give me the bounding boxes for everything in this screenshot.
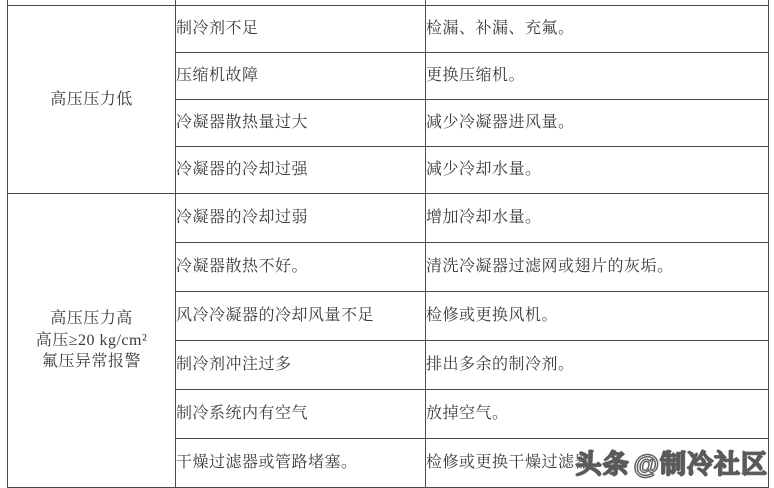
- solution-cell: 更换压缩机。: [426, 53, 769, 100]
- cause-cell: 冷凝器散热量过大: [176, 100, 426, 147]
- fault-cell-high-pressure-high: 高压压力高 高压≥20 kg/cm² 氟压异常报警: [8, 194, 176, 488]
- table-row: 高压压力高 高压≥20 kg/cm² 氟压异常报警 冷凝器的冷却过弱 增加冷却水…: [8, 194, 769, 243]
- fault-line: 高压压力低: [8, 89, 175, 111]
- cause-cell: 制冷系统内有空气: [176, 390, 426, 439]
- toutiao-watermark: 头条@制冷社区: [576, 444, 768, 481]
- fault-troubleshooting-table: 高压压力低 制冷剂不足 检漏、补漏、充氟。 压缩机故障 更换压缩机。 冷凝器散热…: [7, 0, 769, 488]
- solution-cell: 排出多余的制冷剂。: [426, 341, 769, 390]
- cause-cell: 干燥过滤器或管路堵塞。: [176, 439, 426, 488]
- cause-cell: 风冷冷凝器的冷却风量不足: [176, 292, 426, 341]
- watermark-handle: @制冷社区: [634, 449, 768, 479]
- watermark-brand: 头条: [576, 449, 630, 479]
- fault-line: 氟压异常报警: [8, 351, 175, 373]
- cause-cell: 压缩机故障: [176, 53, 426, 100]
- fault-line: 高压压力高: [8, 308, 175, 330]
- solution-cell: 检修或更换风机。: [426, 292, 769, 341]
- solution-cell: 减少冷却水量。: [426, 147, 769, 194]
- table-row: 高压压力低 制冷剂不足 检漏、补漏、充氟。: [8, 6, 769, 53]
- cause-cell: 冷凝器散热不好。: [176, 243, 426, 292]
- solution-cell: 检漏、补漏、充氟。: [426, 6, 769, 53]
- cause-cell: 冷凝器的冷却过弱: [176, 194, 426, 243]
- fault-line: 高压≥20 kg/cm²: [8, 330, 175, 352]
- cause-cell: 制冷剂冲注过多: [176, 341, 426, 390]
- page: 高压压力低 制冷剂不足 检漏、补漏、充氟。 压缩机故障 更换压缩机。 冷凝器散热…: [0, 0, 774, 488]
- cause-cell: 冷凝器的冷却过强: [176, 147, 426, 194]
- solution-cell: 增加冷却水量。: [426, 194, 769, 243]
- solution-cell: 清洗冷凝器过滤网或翅片的灰垢。: [426, 243, 769, 292]
- solution-cell: 减少冷凝器进风量。: [426, 100, 769, 147]
- fault-cell-high-pressure-low: 高压压力低: [8, 6, 176, 194]
- cause-cell: 制冷剂不足: [176, 6, 426, 53]
- solution-cell: 放掉空气。: [426, 390, 769, 439]
